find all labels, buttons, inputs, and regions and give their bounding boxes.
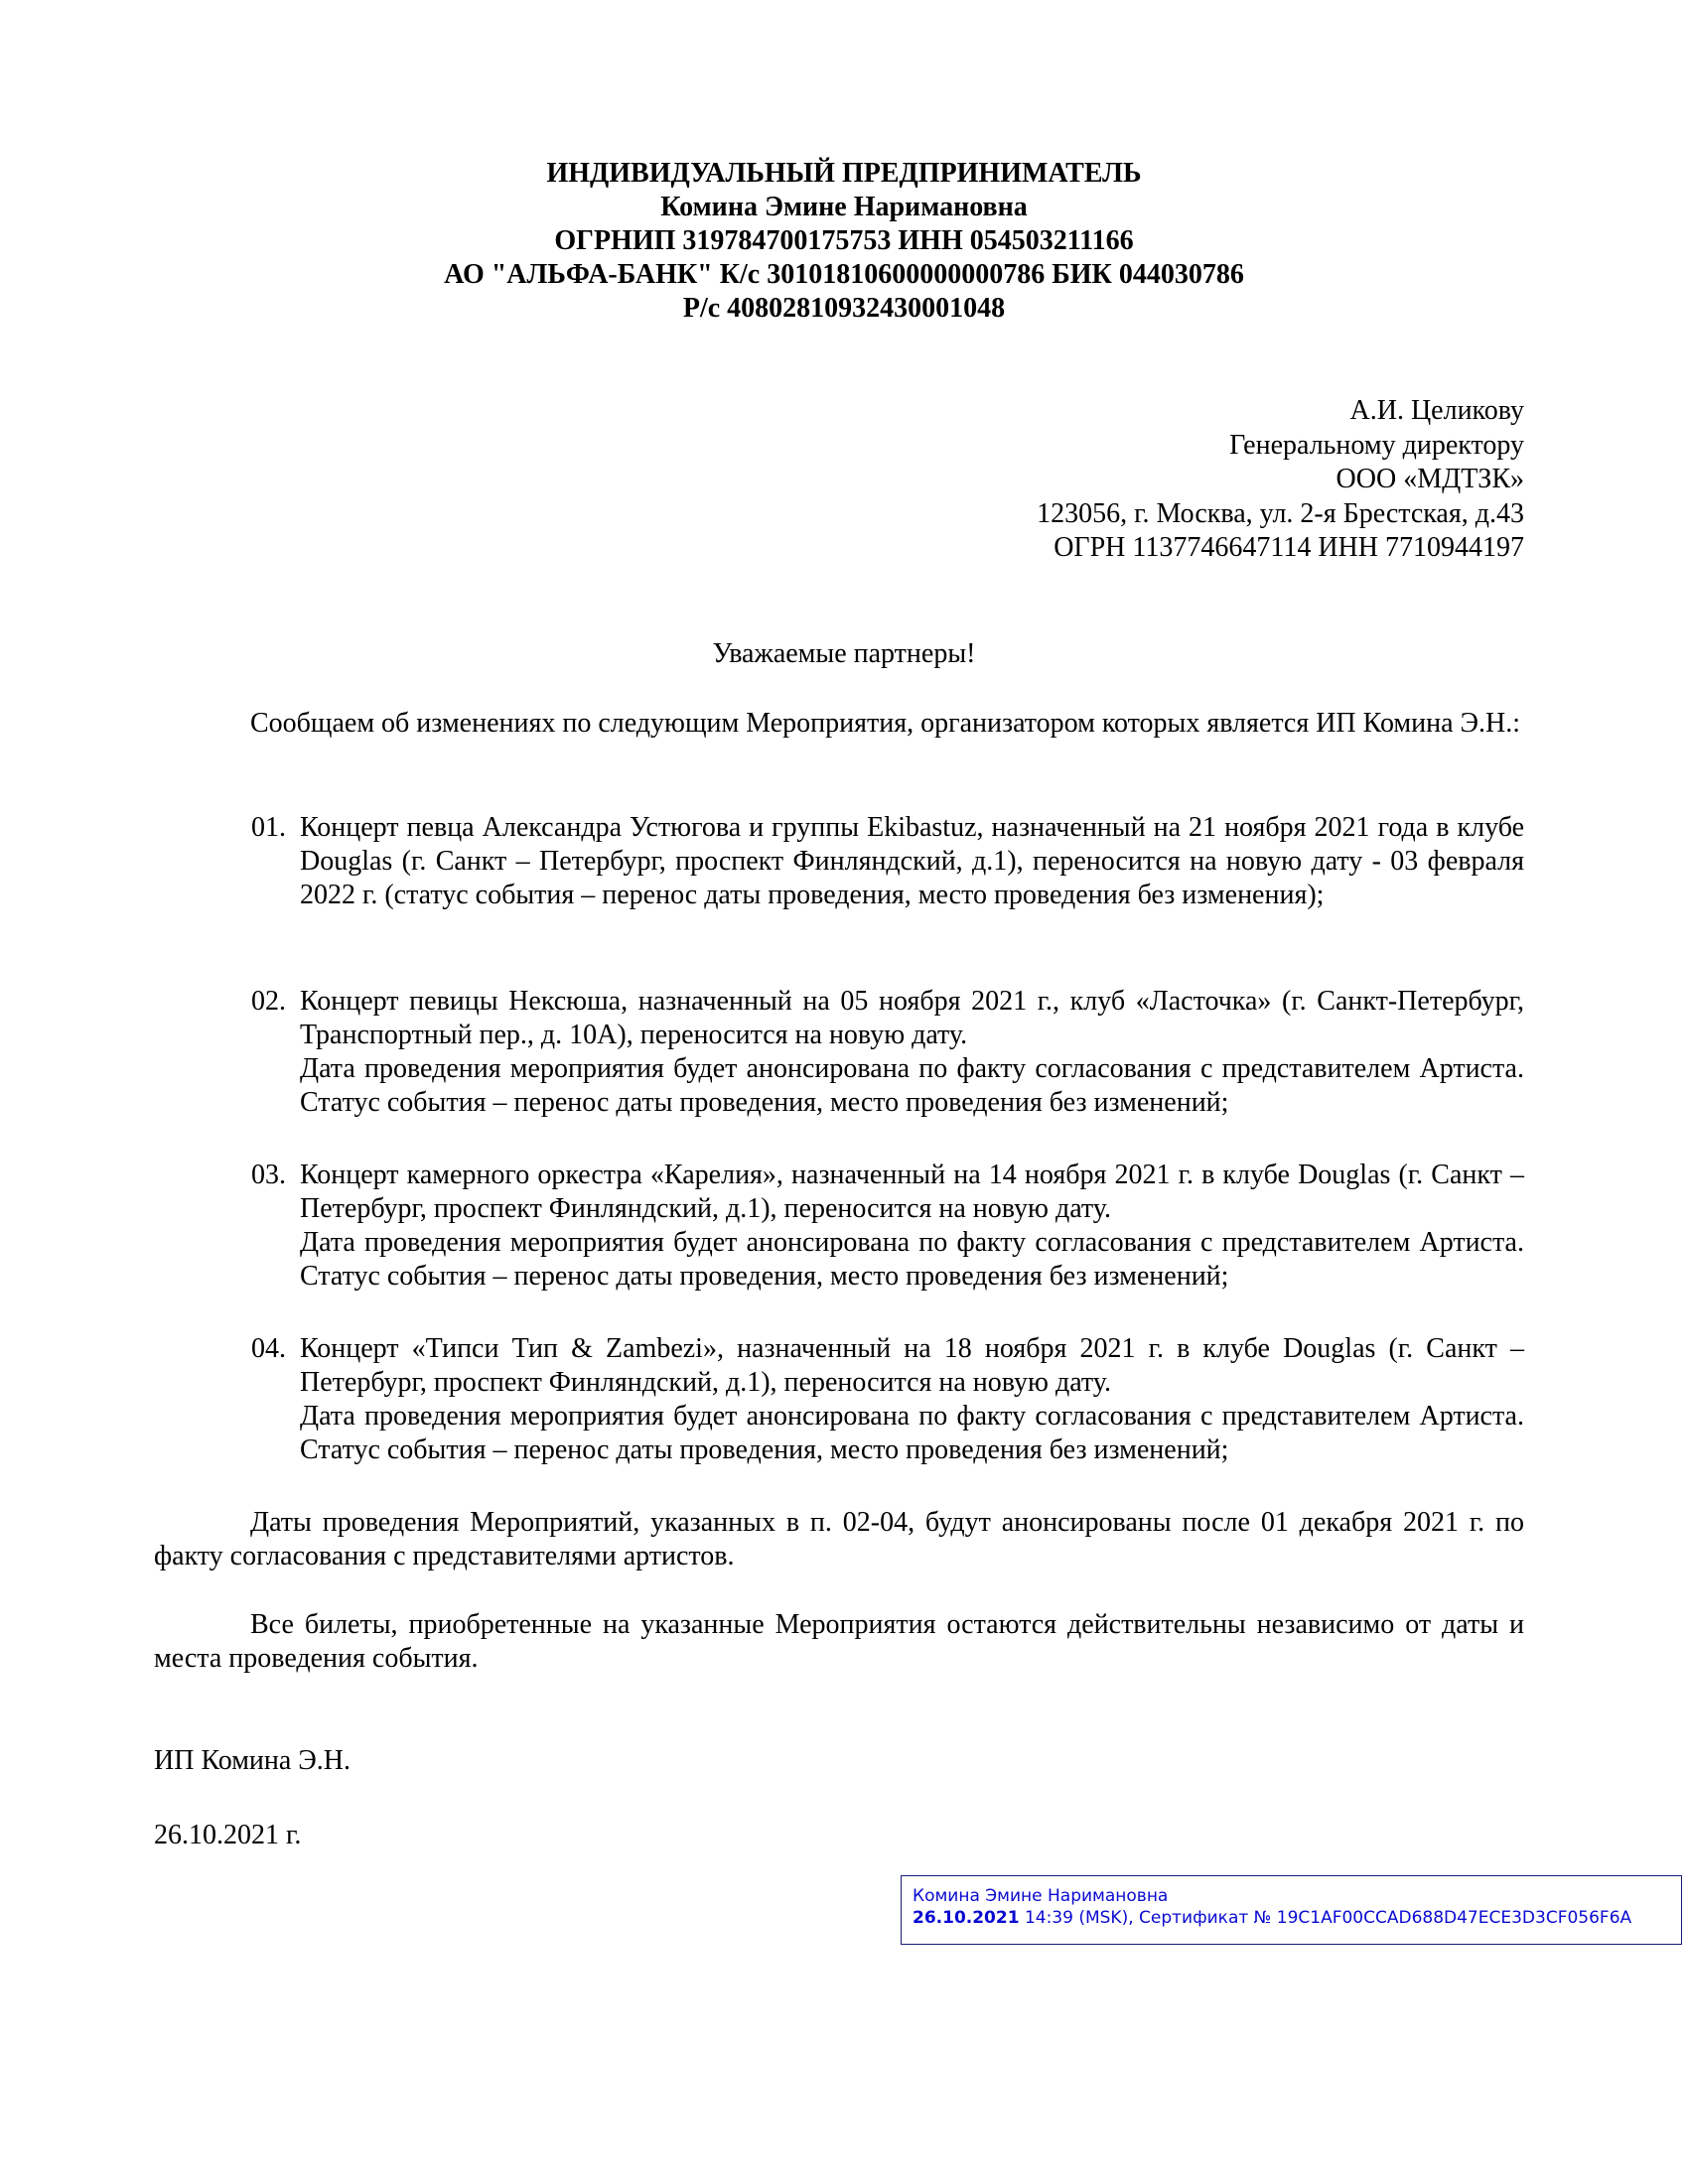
letter-page: ИНДИВИДУАЛЬНЫЙ ПРЕДПРИНИМАТЕЛЬ Комина Эм… [0, 0, 1688, 2184]
stamp-signer: Комина Эмине Наримановна [913, 1885, 1681, 1907]
intro-paragraph: Сообщаем об изменениях по следующим Меро… [154, 707, 1524, 741]
list-item: 02. Концерт певицы Нексюша, назначенный … [251, 985, 1524, 1120]
list-item-number: 02. [251, 985, 286, 1019]
e-signature-stamp: Комина Эмине Наримановна 26.10.2021 14:3… [901, 1875, 1682, 1945]
signature-name: ИП Комина Э.Н. [154, 1744, 351, 1778]
signature-date: 26.10.2021 г. [154, 1819, 301, 1852]
letterhead: ИНДИВИДУАЛЬНЫЙ ПРЕДПРИНИМАТЕЛЬ Комина Эм… [0, 157, 1688, 326]
list-item-text: Концерт камерного оркестра «Карелия», на… [300, 1159, 1524, 1226]
list-item: 01. Концерт певца Александра Устюгова и … [251, 811, 1524, 912]
recipient-address: 123056, г. Москва, ул. 2-я Брестская, д.… [1037, 497, 1524, 532]
letterhead-title: ИНДИВИДУАЛЬНЫЙ ПРЕДПРИНИМАТЕЛЬ [0, 157, 1688, 191]
letterhead-account: Р/с 40802810932430001048 [0, 292, 1688, 326]
list-item: 04. Концерт «Типси Тип & Zambezi», назна… [251, 1332, 1524, 1467]
letterhead-owner-name: Комина Эмине Наримановна [0, 191, 1688, 224]
recipient-name: А.И. Целикову [1037, 394, 1524, 429]
recipient-company: ООО «МДТЗК» [1037, 463, 1524, 497]
tickets-paragraph: Все билеты, приобретенные на указанные М… [154, 1608, 1524, 1676]
greeting: Уважаемые партнеры! [0, 637, 1688, 671]
list-item-text: Концерт певицы Нексюша, назначенный на 0… [300, 985, 1524, 1052]
list-item-text: Концерт «Типси Тип & Zambezi», назначенн… [300, 1332, 1524, 1400]
stamp-time-certificate: 14:39 (MSK), Сертификат № 19C1AF00CCAD68… [1020, 1908, 1632, 1928]
list-item: 03. Концерт камерного оркестра «Карелия»… [251, 1159, 1524, 1294]
list-item-note: Дата проведения мероприятия будет анонси… [300, 1226, 1524, 1294]
stamp-date: 26.10.2021 [913, 1908, 1020, 1928]
letterhead-bank: АО "АЛЬФА-БАНК" К/с 30101810600000000786… [0, 258, 1688, 292]
list-item-note: Дата проведения мероприятия будет анонси… [300, 1400, 1524, 1467]
list-item-number: 03. [251, 1159, 286, 1192]
list-item-number: 04. [251, 1332, 286, 1366]
list-item-note: Дата проведения мероприятия будет анонси… [300, 1052, 1524, 1120]
list-item-number: 01. [251, 811, 286, 845]
stamp-details: 26.10.2021 14:39 (MSK), Сертификат № 19C… [913, 1907, 1681, 1929]
letterhead-registration: ОГРНИП 319784700175753 ИНН 054503211166 [0, 224, 1688, 258]
dates-paragraph: Даты проведения Мероприятий, указанных в… [154, 1506, 1524, 1573]
recipient-block: А.И. Целикову Генеральному директору ООО… [1037, 394, 1524, 566]
list-item-text: Концерт певца Александра Устюгова и груп… [300, 811, 1524, 912]
recipient-ids: ОГРН 1137746647114 ИНН 7710944197 [1037, 531, 1524, 566]
recipient-position: Генеральному директору [1037, 429, 1524, 464]
